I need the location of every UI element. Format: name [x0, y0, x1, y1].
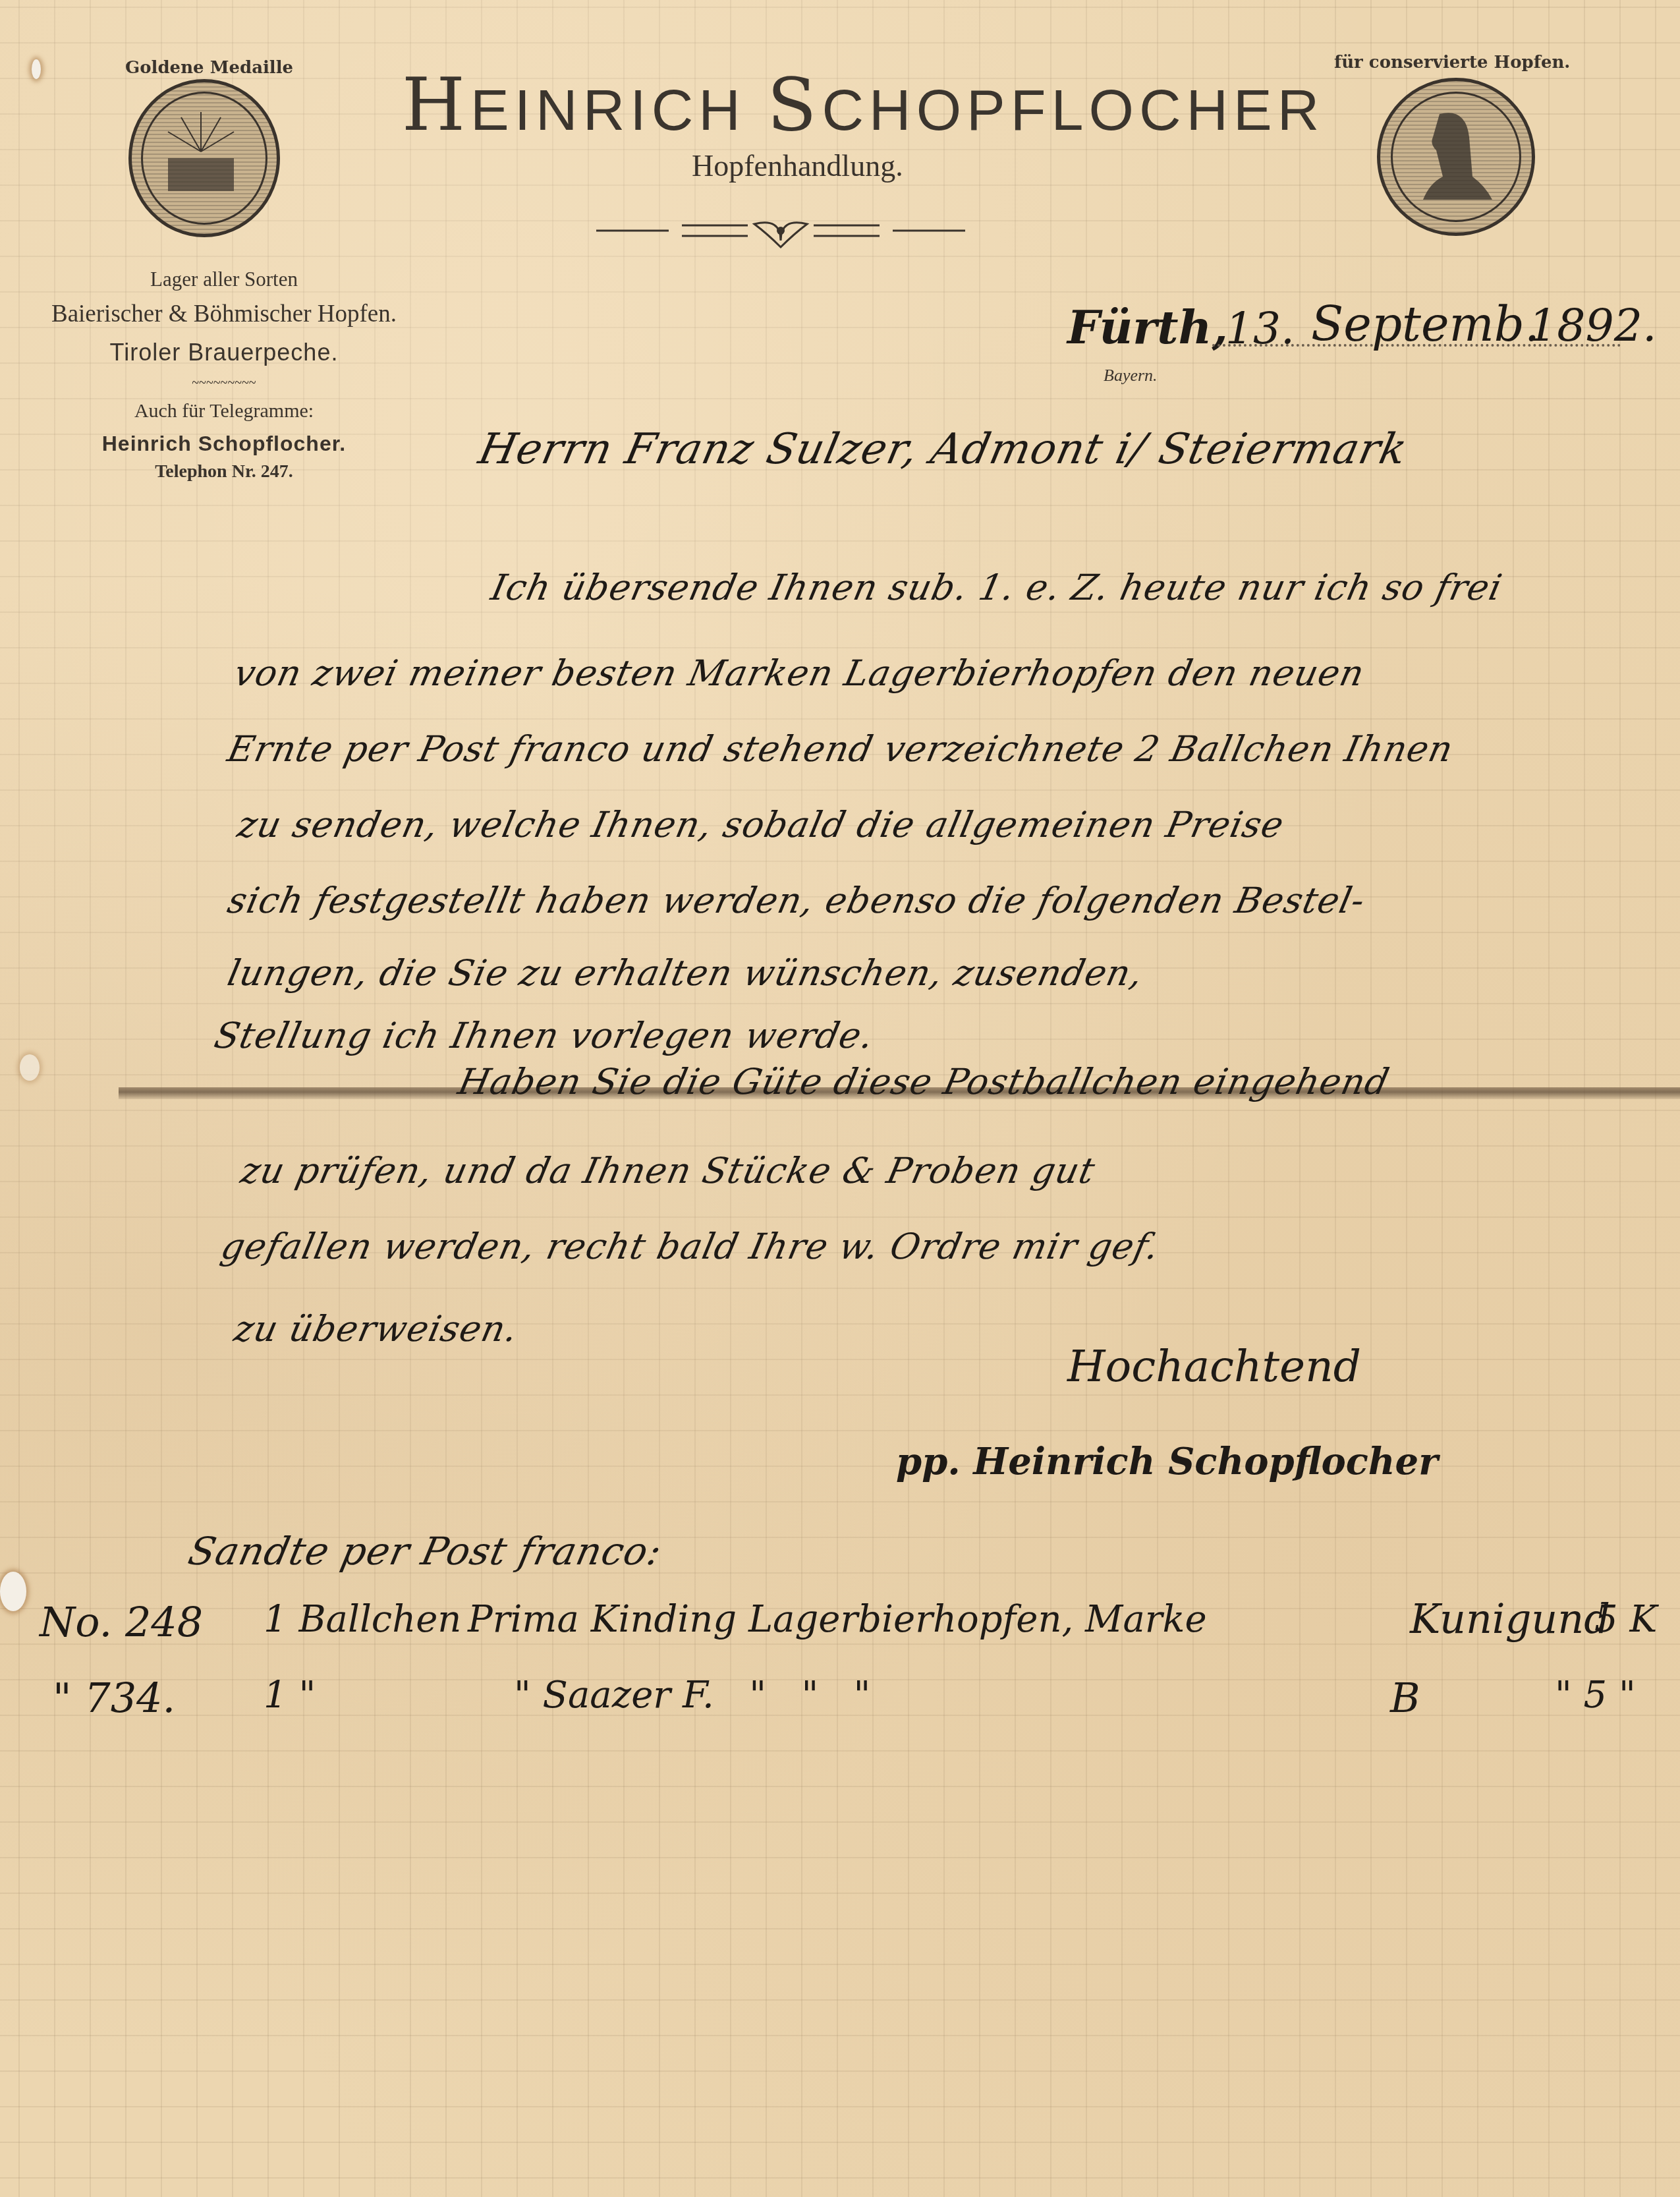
- pitch-line: Tiroler Brauerpeche.: [13, 333, 435, 372]
- company-name: HEINRICH SCHOPFLOCHER: [402, 63, 1324, 147]
- body-p1-line-7: Stellung ich Ihnen vorlegen werde.: [211, 1015, 878, 1056]
- hops-line: Baierischer & Böhmischer Hopfen.: [13, 295, 435, 333]
- date-year: 1892.: [1528, 300, 1657, 352]
- title-word-1: EINRICH: [470, 77, 767, 142]
- title-word-2: CHOPFLOCHER: [822, 77, 1325, 142]
- right-medal-icon: [1377, 78, 1535, 236]
- date-day: 13.: [1225, 303, 1295, 354]
- ornament-divider-icon: [596, 211, 965, 250]
- body-p1-line-4: zu senden, welche Ihnen, sobald die allg…: [234, 804, 1288, 845]
- letterhead-left-column: Lager aller Sorten Baierischer & Böhmisc…: [13, 264, 435, 485]
- punch-hole-top: [32, 59, 41, 79]
- item-value: 5 K: [1594, 1598, 1657, 1641]
- sunburst-icon: [128, 79, 273, 231]
- stock-line: Lager aller Sorten: [13, 264, 435, 295]
- signature: pp. Heinrich Schopflocher: [896, 1440, 1438, 1483]
- item-quantity: 1 ": [264, 1674, 316, 1717]
- date-month: Septemb.: [1311, 297, 1540, 352]
- recipient-address: Herrn Franz Sulzer, Admont i/ Steiermark: [474, 425, 1412, 474]
- title-initial-h: H: [402, 63, 470, 147]
- shipment-heading: Sandte per Post franco:: [184, 1529, 666, 1574]
- body-p2-line-1: Haben Sie die Güte diese Postballchen ei…: [455, 1061, 1393, 1102]
- region-printed: Bayern.: [1104, 366, 1158, 385]
- portrait-icon: [1377, 78, 1528, 229]
- item-number: " 734.: [53, 1674, 175, 1722]
- body-p2-line-3: gefallen werden, recht bald Ihre w. Ordr…: [217, 1226, 1163, 1267]
- item-description: Prima Kinding Lagerbierhopfen, Marke: [468, 1598, 1207, 1641]
- punch-hole-bottom: [0, 1572, 26, 1611]
- right-medal-label: für conservierte Hopfen.: [1334, 53, 1570, 72]
- body-p1-line-6: lungen, die Sie zu erhalten wünschen, zu…: [224, 952, 1147, 994]
- body-p1-line-3: Ernte per Post franco und stehend verzei…: [224, 728, 1457, 770]
- body-p2-line-4: zu überweisen.: [231, 1308, 522, 1350]
- item-value: " 5 ": [1555, 1674, 1636, 1717]
- business-type: Hopfenhandlung.: [692, 148, 903, 183]
- body-p2-line-2: zu prüfen, und da Ihnen Stücke & Proben …: [237, 1150, 1099, 1191]
- body-p1-line-1: Ich übersende Ihnen sub. 1. e. Z. heute …: [488, 567, 1506, 608]
- closing-salutation: Hochachtend: [1067, 1341, 1361, 1392]
- punch-hole-middle: [20, 1054, 40, 1081]
- title-initial-s: S: [767, 63, 822, 147]
- item-number: No. 248: [40, 1598, 203, 1646]
- shipment-row: No. 248 1 Ballchen Prima Kinding Lagerbi…: [40, 1598, 1673, 1651]
- wavy-divider: ~~~~~~~~~: [13, 372, 435, 394]
- left-medal-icon: [128, 79, 280, 237]
- item-mark: B: [1390, 1674, 1420, 1722]
- item-mark: Kunigund: [1410, 1595, 1610, 1643]
- left-medal-label: Goldene Medaille: [125, 58, 293, 78]
- body-p1-line-2: von zwei meiner besten Marken Lagerbierh…: [231, 652, 1368, 694]
- item-quantity: 1 Ballchen: [264, 1598, 461, 1641]
- item-description: " Saazer F. " " ": [514, 1674, 870, 1717]
- telephone-number: Telephon Nr. 247.: [13, 459, 435, 485]
- telegram-label: Auch für Telegramme:: [13, 394, 435, 428]
- place-printed: Fürth,: [1067, 300, 1228, 355]
- telegram-address: Heinrich Schopflocher.: [13, 428, 435, 459]
- shipment-row: " 734. 1 " " Saazer F. " " " B " 5 ": [40, 1674, 1673, 1726]
- body-p1-line-5: sich festgestellt haben werden, ebenso d…: [224, 880, 1369, 921]
